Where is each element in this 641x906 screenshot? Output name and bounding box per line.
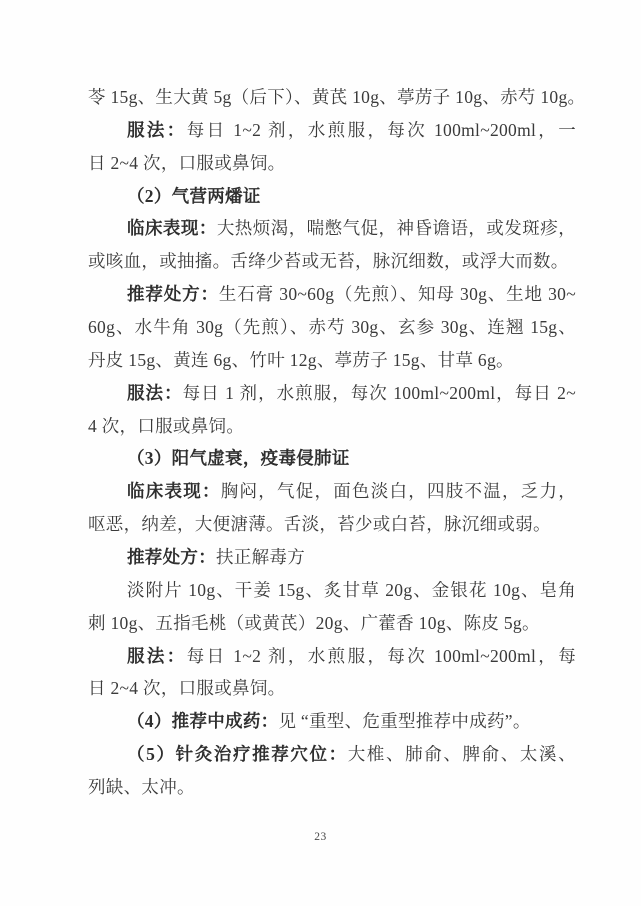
line-label: 推荐处方： — [127, 547, 216, 567]
text-line: 推荐处方：扶正解毒方 — [88, 541, 576, 574]
text-line: 苓 15g、生大黄 5g（后下）、黄芪 10g、葶苈子 10g、赤芍 10g。 — [88, 81, 576, 114]
line-text: 呕恶，纳差，大便溏薄。舌淡，苔少或白苔，脉沉细或弱。 — [88, 514, 551, 534]
line-text: 每日 1~2 剂，水煎服，每次 100ml~200ml，一 — [187, 120, 576, 140]
line-label: （2）气营两燔证 — [127, 186, 261, 206]
line-text: 见 “重型、危重型推荐中成药”。 — [278, 711, 530, 731]
line-text: 生石膏 30~60g（先煎）、知母 30g、生地 30~ — [219, 284, 576, 304]
line-text: 胸闷，气促，面色淡白，四肢不温，乏力， — [221, 481, 576, 501]
line-label: 临床表现： — [127, 481, 221, 501]
document-body: 苓 15g、生大黄 5g（后下）、黄芪 10g、葶苈子 10g、赤芍 10g。 … — [88, 81, 576, 804]
line-text: 扶正解毒方 — [216, 547, 305, 567]
line-text: 日 2~4 次，口服或鼻饲。 — [88, 153, 285, 173]
text-line: 丹皮 15g、黄连 6g、竹叶 12g、葶苈子 15g、甘草 6g。 — [88, 344, 576, 377]
line-text: 淡附片 10g、干姜 15g、炙甘草 20g、金银花 10g、皂角 — [127, 580, 576, 600]
text-line: 临床表现：大热烦渴，喘憋气促，神昏谵语，或发斑疹， — [88, 212, 576, 245]
text-line: 临床表现：胸闷，气促，面色淡白，四肢不温，乏力， — [88, 475, 576, 508]
document-page: 苓 15g、生大黄 5g（后下）、黄芪 10g、葶苈子 10g、赤芍 10g。 … — [0, 0, 641, 906]
line-label: （3）阳气虚衰，疫毒侵肺证 — [127, 448, 350, 468]
text-line: 列缺、太冲。 — [88, 771, 576, 804]
line-text: 日 2~4 次，口服或鼻饲。 — [88, 678, 285, 698]
line-text: 每日 1~2 剂，水煎服，每次 100ml~200ml，每 — [187, 646, 576, 666]
text-line: 60g、水牛角 30g（先煎）、赤芍 30g、玄参 30g、连翘 15g、 — [88, 311, 576, 344]
line-text: 丹皮 15g、黄连 6g、竹叶 12g、葶苈子 15g、甘草 6g。 — [88, 350, 514, 370]
line-text: 或咳血，或抽搐。舌绛少苔或无苔，脉沉细数，或浮大而数。 — [88, 251, 569, 271]
line-label: （5）针灸治疗推荐穴位： — [127, 744, 348, 764]
line-text: 60g、水牛角 30g（先煎）、赤芍 30g、玄参 30g、连翘 15g、 — [88, 317, 576, 337]
line-label: 服法： — [127, 383, 183, 403]
section-heading: （2）气营两燔证 — [88, 180, 576, 213]
line-text: 每日 1 剂，水煎服，每次 100ml~200ml，每日 2~ — [183, 383, 576, 403]
text-line: 推荐处方：生石膏 30~60g（先煎）、知母 30g、生地 30~ — [88, 278, 576, 311]
text-line: 淡附片 10g、干姜 15g、炙甘草 20g、金银花 10g、皂角 — [88, 574, 576, 607]
text-line: 日 2~4 次，口服或鼻饲。 — [88, 672, 576, 705]
line-text: 列缺、太冲。 — [88, 777, 195, 797]
line-text: 4 次，口服或鼻饲。 — [88, 416, 244, 436]
line-label: （4）推荐中成药： — [127, 711, 278, 731]
text-line: 刺 10g、五指毛桃（或黄芪）20g、广藿香 10g、陈皮 5g。 — [88, 607, 576, 640]
text-line: 4 次，口服或鼻饲。 — [88, 410, 576, 443]
text-line: 服法：每日 1~2 剂，水煎服，每次 100ml~200ml，每 — [88, 640, 576, 673]
text-line: 呕恶，纳差，大便溏薄。舌淡，苔少或白苔，脉沉细或弱。 — [88, 508, 576, 541]
line-text: 苓 15g、生大黄 5g（后下）、黄芪 10g、葶苈子 10g、赤芍 10g。 — [88, 87, 585, 107]
text-line: （4）推荐中成药：见 “重型、危重型推荐中成药”。 — [88, 705, 576, 738]
text-line: 服法：每日 1~2 剂，水煎服，每次 100ml~200ml，一 — [88, 114, 576, 147]
line-label: 推荐处方： — [127, 284, 219, 304]
text-line: 日 2~4 次，口服或鼻饲。 — [88, 147, 576, 180]
page-number: 23 — [0, 831, 641, 843]
text-line: 或咳血，或抽搐。舌绛少苔或无苔，脉沉细数，或浮大而数。 — [88, 245, 576, 278]
line-text: 刺 10g、五指毛桃（或黄芪）20g、广藿香 10g、陈皮 5g。 — [88, 613, 540, 633]
line-label: 服法： — [127, 120, 187, 140]
line-label: 临床表现： — [127, 218, 217, 238]
text-line: （5）针灸治疗推荐穴位：大椎、肺俞、脾俞、太溪、 — [88, 738, 576, 771]
line-label: 服法： — [127, 646, 187, 666]
line-text: 大椎、肺俞、脾俞、太溪、 — [348, 744, 576, 764]
text-line: 服法：每日 1 剂，水煎服，每次 100ml~200ml，每日 2~ — [88, 377, 576, 410]
section-heading: （3）阳气虚衰，疫毒侵肺证 — [88, 442, 576, 475]
line-text: 大热烦渴，喘憋气促，神昏谵语，或发斑疹， — [217, 218, 576, 238]
